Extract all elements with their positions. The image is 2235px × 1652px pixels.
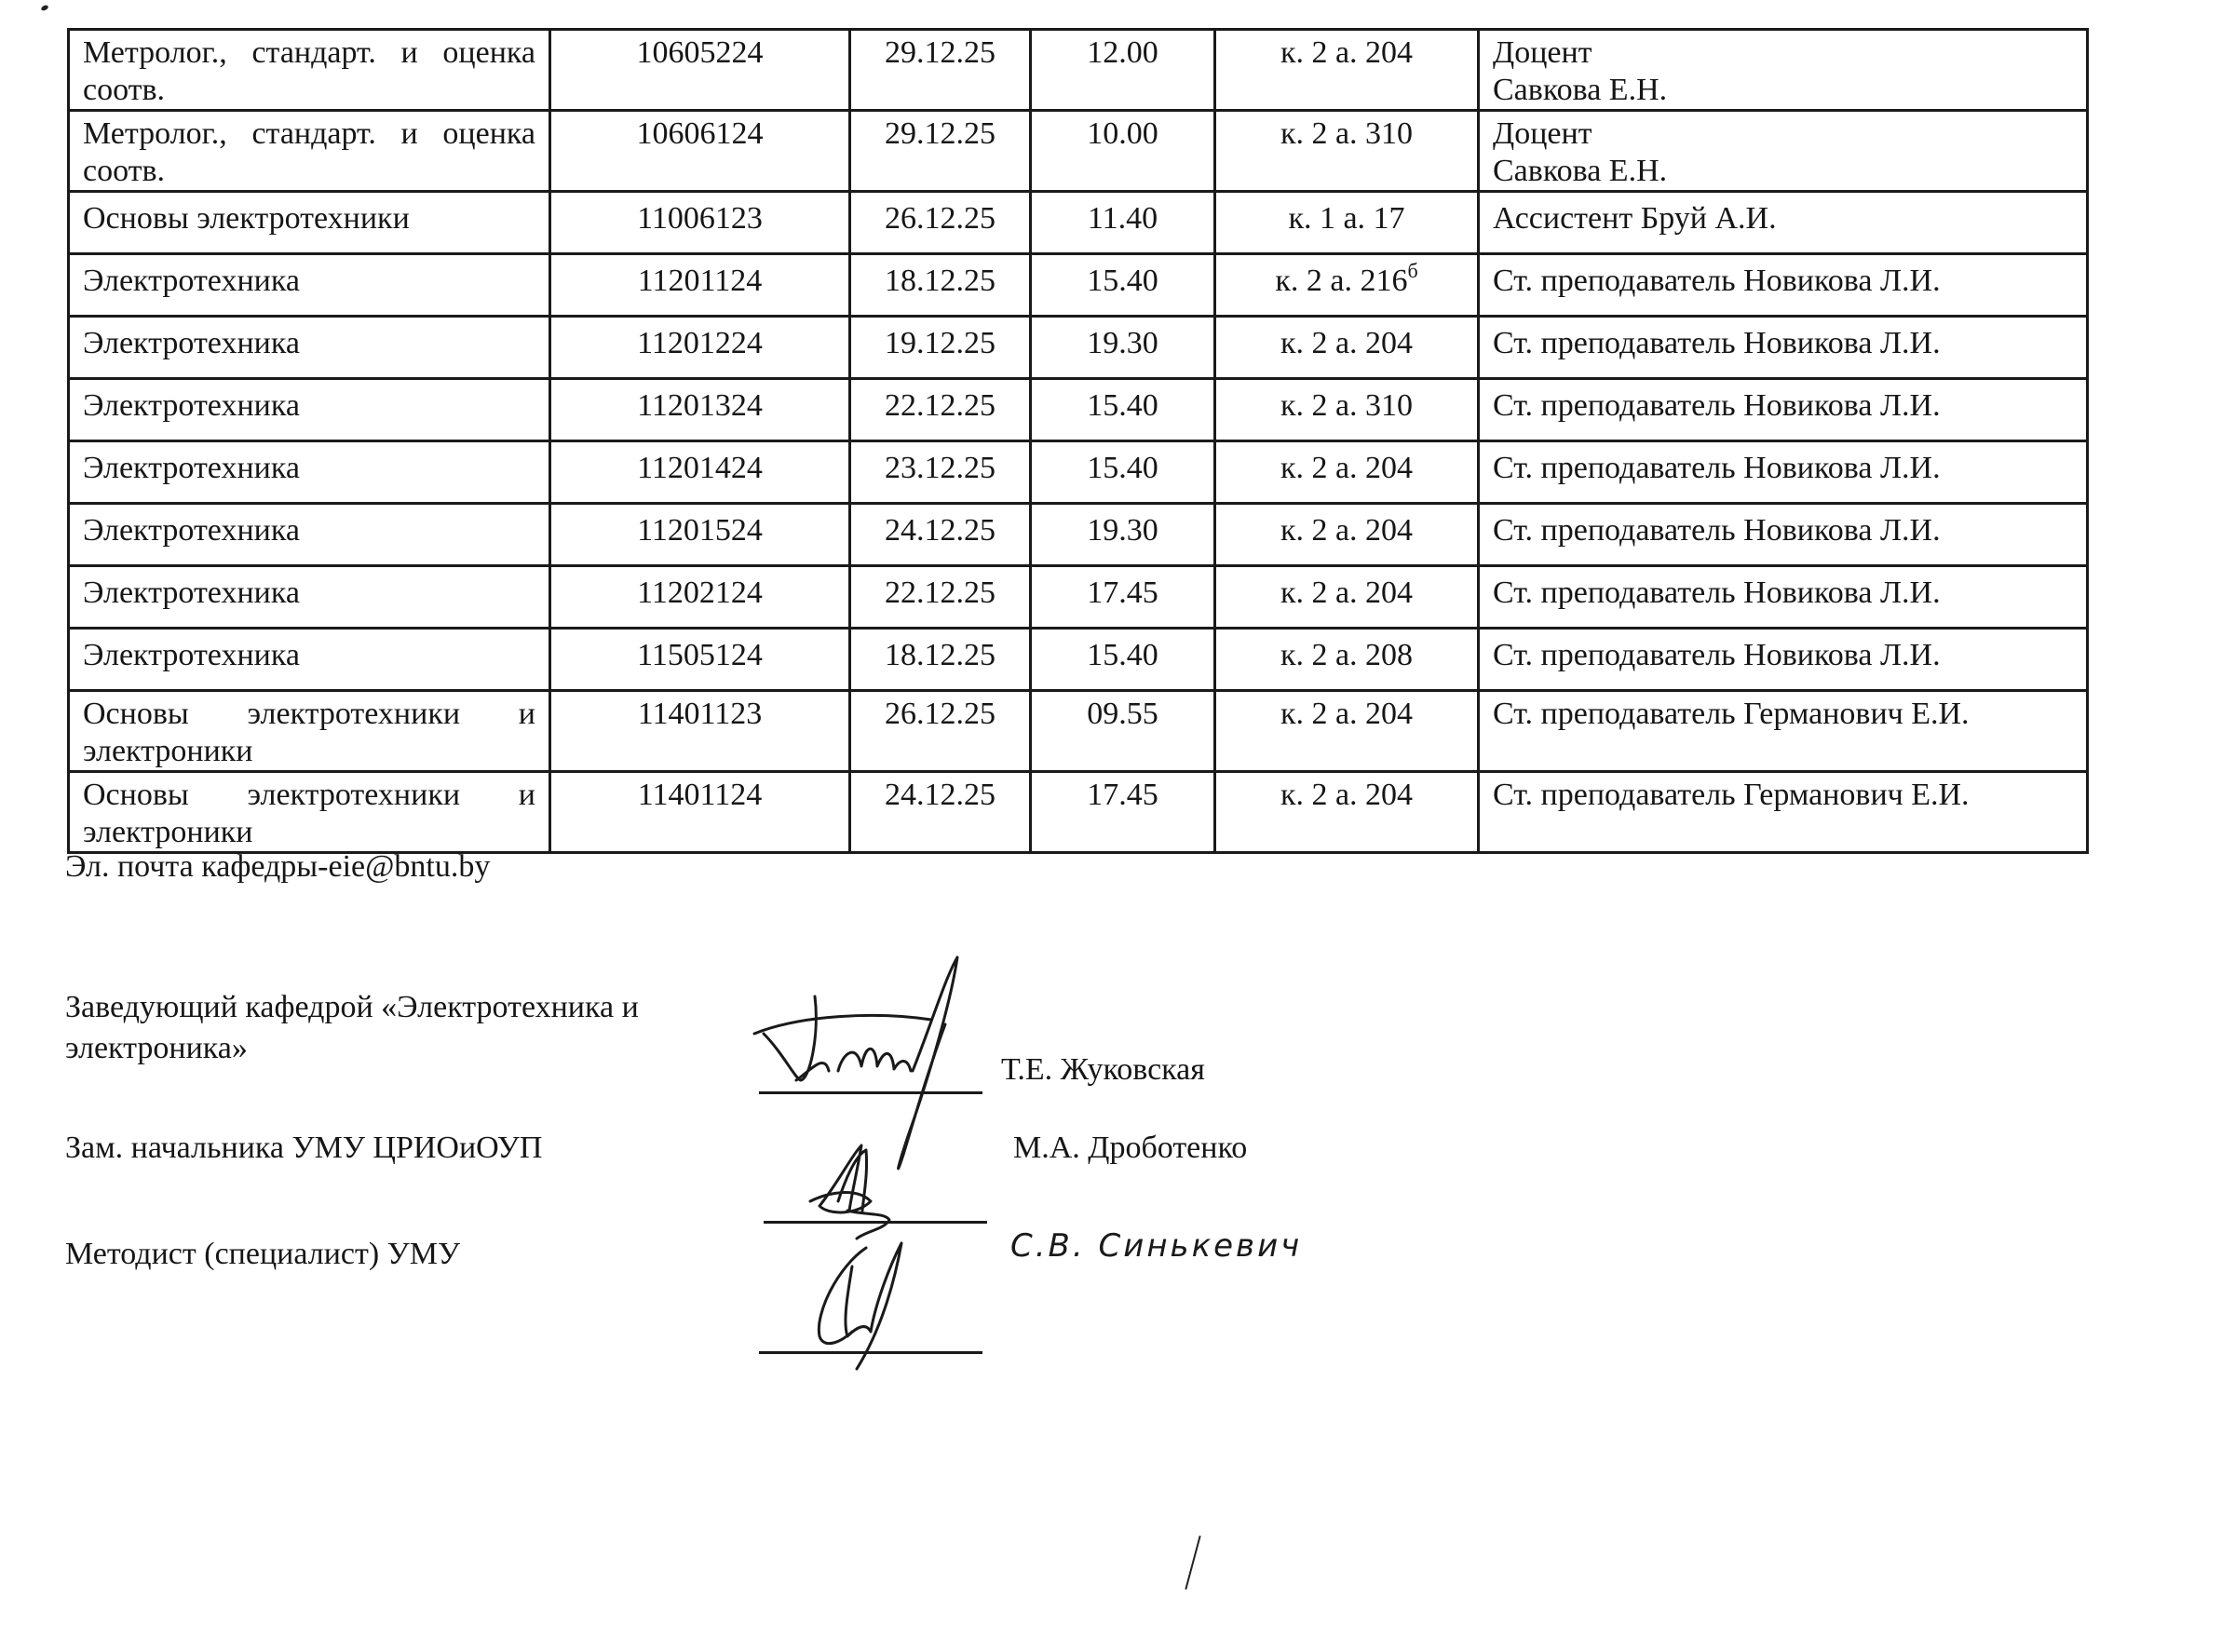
group-number: 11201124: [638, 264, 762, 298]
teacher-title: Ст. преподаватель: [1493, 326, 1736, 360]
exam-time: 17.45: [1087, 778, 1158, 812]
group-cell: 11201324: [550, 379, 850, 441]
subject-cell: Основы электротехники и электроники: [69, 691, 550, 772]
room-cell: к. 2 а. 216б: [1215, 254, 1479, 317]
exam-date: 29.12.25: [885, 35, 996, 70]
date-cell: 26.12.25: [850, 691, 1031, 772]
group-cell: 11401124: [550, 772, 850, 853]
exam-date: 24.12.25: [885, 778, 996, 812]
teacher-cell: Ст. преподаватель Германович Е.И.: [1479, 772, 2088, 853]
teacher-name: Савкова Е.Н.: [1493, 73, 1667, 107]
group-cell: 10605224: [550, 30, 850, 111]
group-cell: 11201224: [550, 317, 850, 379]
table-row: Основы электротехники и электроники 1140…: [69, 772, 2088, 853]
teacher-cell: Ст. преподаватель Новикова Л.И.: [1479, 317, 2088, 379]
subject-text: Метролог., стандарт. и оценка соотв.: [83, 35, 535, 107]
signature-mark-2: [801, 1127, 941, 1239]
table-row: Электротехника 11201524 24.12.25 19.30 к…: [69, 504, 2088, 566]
room-text: к. 2 а. 204: [1280, 575, 1413, 610]
scan-stroke: [1185, 1536, 1200, 1590]
teacher-name: Новикова Л.И.: [1743, 388, 1940, 423]
group-cell: 11201124: [550, 254, 850, 317]
exam-time: 09.55: [1087, 697, 1158, 731]
exam-date: 24.12.25: [885, 513, 996, 548]
exam-date: 23.12.25: [885, 451, 996, 485]
room-cell: к. 2 а. 204: [1215, 566, 1479, 629]
date-cell: 29.12.25: [850, 30, 1031, 111]
signature-mark-3: [801, 1229, 950, 1378]
room-cell: к. 2 а. 204: [1215, 504, 1479, 566]
teacher-name: Бруй А.И.: [1641, 201, 1777, 236]
time-cell: 19.30: [1031, 504, 1215, 566]
time-cell: 15.40: [1031, 254, 1215, 317]
group-cell: 11201524: [550, 504, 850, 566]
exam-time: 11.40: [1088, 201, 1158, 236]
teacher-title: Ст. преподаватель: [1493, 264, 1736, 298]
teacher-name: Новикова Л.И.: [1743, 451, 1940, 485]
exam-time: 15.40: [1087, 638, 1158, 672]
group-cell: 11201424: [550, 441, 850, 504]
teacher-sep: [1736, 697, 1744, 731]
room-text: к. 1 а. 17: [1288, 201, 1404, 236]
scan-speck: [40, 5, 48, 12]
subject-text: Электротехника: [83, 264, 300, 298]
room-cell: к. 2 а. 204: [1215, 691, 1479, 772]
date-cell: 24.12.25: [850, 772, 1031, 853]
subject-text: Электротехника: [83, 513, 300, 548]
subject-text: Электротехника: [83, 575, 300, 610]
teacher-cell: Ст. преподаватель Германович Е.И.: [1479, 691, 2088, 772]
group-number: 11505124: [637, 638, 763, 672]
subject-cell: Электротехника: [69, 379, 550, 441]
room-cell: к. 2 а. 204: [1215, 441, 1479, 504]
room-text: к. 2 а. 208: [1280, 638, 1413, 672]
teacher-cell: ДоцентСавкова Е.Н.: [1479, 111, 2088, 192]
table-row: Метролог., стандарт. и оценка соотв. 106…: [69, 111, 2088, 192]
teacher-cell: Ст. преподаватель Новикова Л.И.: [1479, 254, 2088, 317]
date-cell: 18.12.25: [850, 629, 1031, 691]
date-cell: 22.12.25: [850, 566, 1031, 629]
teacher-name: Новикова Л.И.: [1743, 575, 1940, 610]
position-line-1: Заведующий кафедрой «Электротехника и: [65, 987, 639, 1028]
table-row: Электротехника 11201224 19.12.25 19.30 к…: [69, 317, 2088, 379]
teacher-name: Новикова Л.И.: [1743, 638, 1940, 672]
exam-date: 19.12.25: [885, 326, 996, 360]
teacher-sep: [1736, 451, 1744, 485]
room-cell: к. 2 а. 208: [1215, 629, 1479, 691]
subject-cell: Электротехника: [69, 504, 550, 566]
room-cell: к. 2 а. 310: [1215, 111, 1479, 192]
table-row: Основы электротехники и электроники 1140…: [69, 691, 2088, 772]
table-row: Электротехника 11201324 22.12.25 15.40 к…: [69, 379, 2088, 441]
room-cell: к. 2 а. 310: [1215, 379, 1479, 441]
subject-text: Электротехника: [83, 388, 300, 423]
subject-text: Основы электротехники: [83, 201, 410, 236]
teacher-name: Новикова Л.И.: [1743, 326, 1940, 360]
teacher-sep: [1736, 264, 1744, 298]
teacher-sep: [1736, 513, 1744, 548]
subject-cell: Основы электротехники: [69, 192, 550, 254]
teacher-title: Ст. преподаватель: [1493, 513, 1736, 548]
signatory-handwritten-name-3: С.В. Синькевич: [1010, 1227, 1302, 1265]
exam-time: 19.30: [1087, 326, 1158, 360]
group-number: 11201424: [637, 451, 763, 485]
date-cell: 23.12.25: [850, 441, 1031, 504]
date-cell: 19.12.25: [850, 317, 1031, 379]
room-text: к. 2 а. 216: [1275, 264, 1407, 298]
time-cell: 09.55: [1031, 691, 1215, 772]
room-text: к. 2 а. 204: [1280, 778, 1413, 812]
time-cell: 15.40: [1031, 629, 1215, 691]
group-number: 11401123: [638, 697, 762, 731]
teacher-sep: [1736, 575, 1744, 610]
exam-time: 15.40: [1087, 264, 1158, 298]
subject-cell: Электротехника: [69, 441, 550, 504]
date-cell: 22.12.25: [850, 379, 1031, 441]
table-row: Электротехника 11201424 23.12.25 15.40 к…: [69, 441, 2088, 504]
room-text: к. 2 а. 204: [1280, 513, 1413, 548]
teacher-sep: [1736, 388, 1744, 423]
signatory-position-2: Зам. начальника УМУ ЦРИОиОУП: [65, 1129, 542, 1168]
room-text: к. 2 а. 310: [1280, 388, 1413, 423]
teacher-name: Савкова Е.Н.: [1493, 154, 1667, 188]
signatory-name-1: Т.Е. Жуковская: [1001, 1050, 1205, 1090]
signatory-position-3: Методист (специалист) УМУ: [65, 1235, 460, 1274]
time-cell: 17.45: [1031, 772, 1215, 853]
teacher-cell: Ст. преподаватель Новикова Л.И.: [1479, 441, 2088, 504]
date-cell: 26.12.25: [850, 192, 1031, 254]
teacher-name: Германович Е.И.: [1743, 778, 1969, 812]
group-number: 11202124: [637, 575, 763, 610]
subject-text: Метролог., стандарт. и оценка соотв.: [83, 116, 535, 188]
subject-cell: Электротехника: [69, 317, 550, 379]
time-cell: 15.40: [1031, 379, 1215, 441]
exam-time: 15.40: [1087, 388, 1158, 423]
exam-time: 15.40: [1087, 451, 1158, 485]
subject-text: Электротехника: [83, 451, 300, 485]
subject-cell: Метролог., стандарт. и оценка соотв.: [69, 30, 550, 111]
subject-cell: Электротехника: [69, 254, 550, 317]
teacher-name: Новикова Л.И.: [1743, 513, 1940, 548]
exam-time: 19.30: [1087, 513, 1158, 548]
teacher-cell: Ассистент Бруй А.И.: [1479, 192, 2088, 254]
exam-date: 26.12.25: [885, 697, 996, 731]
teacher-sep: [1736, 638, 1744, 672]
exam-schedule-table: Метролог., стандарт. и оценка соотв. 106…: [67, 28, 2089, 854]
group-cell: 10606124: [550, 111, 850, 192]
room-text: к. 2 а. 204: [1280, 451, 1413, 485]
teacher-title: Доцент: [1493, 35, 1592, 70]
teacher-sep: [1736, 778, 1744, 812]
room-cell: к. 1 а. 17: [1215, 192, 1479, 254]
group-number: 11201524: [637, 513, 763, 548]
subject-cell: Метролог., стандарт. и оценка соотв.: [69, 111, 550, 192]
room-text: к. 2 а. 204: [1280, 326, 1413, 360]
exam-time: 12.00: [1087, 35, 1158, 70]
teacher-cell: Ст. преподаватель Новикова Л.И.: [1479, 504, 2088, 566]
teacher-sep: [1632, 201, 1641, 236]
department-email: Эл. почта кафедры-eie@bntu.by: [65, 847, 490, 887]
teacher-cell: Ст. преподаватель Новикова Л.И.: [1479, 379, 2088, 441]
group-cell: 11006123: [550, 192, 850, 254]
teacher-name: Германович Е.И.: [1743, 697, 1969, 731]
subject-cell: Электротехника: [69, 629, 550, 691]
group-cell: 11505124: [550, 629, 850, 691]
table-row: Метролог., стандарт. и оценка соотв. 106…: [69, 30, 2088, 111]
exam-date: 18.12.25: [885, 264, 996, 298]
table-row: Основы электротехники 11006123 26.12.25 …: [69, 192, 2088, 254]
table-row: Электротехника 11505124 18.12.25 15.40 к…: [69, 629, 2088, 691]
teacher-name: Новикова Л.И.: [1743, 264, 1940, 298]
teacher-title: Ассистент: [1493, 201, 1632, 236]
teacher-sep: [1736, 326, 1744, 360]
date-cell: 24.12.25: [850, 504, 1031, 566]
signatory-name-2: М.А. Дроботенко: [1013, 1129, 1247, 1168]
date-cell: 29.12.25: [850, 111, 1031, 192]
time-cell: 17.45: [1031, 566, 1215, 629]
room-text: к. 2 а. 204: [1280, 35, 1413, 70]
exam-date: 29.12.25: [885, 116, 996, 151]
table-row: Электротехника 11202124 22.12.25 17.45 к…: [69, 566, 2088, 629]
subject-cell: Электротехника: [69, 566, 550, 629]
group-cell: 11401123: [550, 691, 850, 772]
exam-time: 17.45: [1087, 575, 1158, 610]
group-number: 10606124: [637, 116, 764, 151]
time-cell: 12.00: [1031, 30, 1215, 111]
teacher-title: Доцент: [1493, 116, 1592, 151]
exam-date: 22.12.25: [885, 388, 996, 423]
room-suffix: б: [1407, 259, 1417, 282]
group-number: 11201324: [637, 388, 763, 423]
group-number: 11201224: [637, 326, 763, 360]
teacher-title: Ст. преподаватель: [1493, 388, 1736, 423]
exam-date: 18.12.25: [885, 638, 996, 672]
teacher-cell: ДоцентСавкова Е.Н.: [1479, 30, 2088, 111]
subject-text: Основы электротехники и электроники: [83, 697, 535, 768]
group-number: 11006123: [637, 201, 763, 236]
room-cell: к. 2 а. 204: [1215, 772, 1479, 853]
subject-cell: Основы электротехники и электроники: [69, 772, 550, 853]
exam-date: 22.12.25: [885, 575, 996, 610]
subject-text: Электротехника: [83, 326, 300, 360]
teacher-title: Ст. преподаватель: [1493, 451, 1736, 485]
room-text: к. 2 а. 204: [1280, 697, 1413, 731]
teacher-title: Ст. преподаватель: [1493, 778, 1736, 812]
exam-date: 26.12.25: [885, 201, 996, 236]
time-cell: 11.40: [1031, 192, 1215, 254]
teacher-title: Ст. преподаватель: [1493, 575, 1736, 610]
group-number: 10605224: [637, 35, 764, 70]
room-cell: к. 2 а. 204: [1215, 30, 1479, 111]
room-cell: к. 2 а. 204: [1215, 317, 1479, 379]
room-text: к. 2 а. 310: [1280, 116, 1413, 151]
group-number: 11401124: [638, 778, 762, 812]
table-row: Электротехника 11201124 18.12.25 15.40 к…: [69, 254, 2088, 317]
date-cell: 18.12.25: [850, 254, 1031, 317]
teacher-title: Ст. преподаватель: [1493, 638, 1736, 672]
time-cell: 10.00: [1031, 111, 1215, 192]
teacher-cell: Ст. преподаватель Новикова Л.И.: [1479, 566, 2088, 629]
time-cell: 19.30: [1031, 317, 1215, 379]
subject-text: Основы электротехники и электроники: [83, 778, 535, 849]
signatory-position-1: Заведующий кафедрой «Электротехника и эл…: [65, 987, 639, 1069]
teacher-cell: Ст. преподаватель Новикова Л.И.: [1479, 629, 2088, 691]
teacher-title: Ст. преподаватель: [1493, 697, 1736, 731]
subject-text: Электротехника: [83, 638, 300, 672]
group-cell: 11202124: [550, 566, 850, 629]
time-cell: 15.40: [1031, 441, 1215, 504]
position-line-2: электроника»: [65, 1028, 639, 1069]
exam-time: 10.00: [1087, 116, 1158, 151]
